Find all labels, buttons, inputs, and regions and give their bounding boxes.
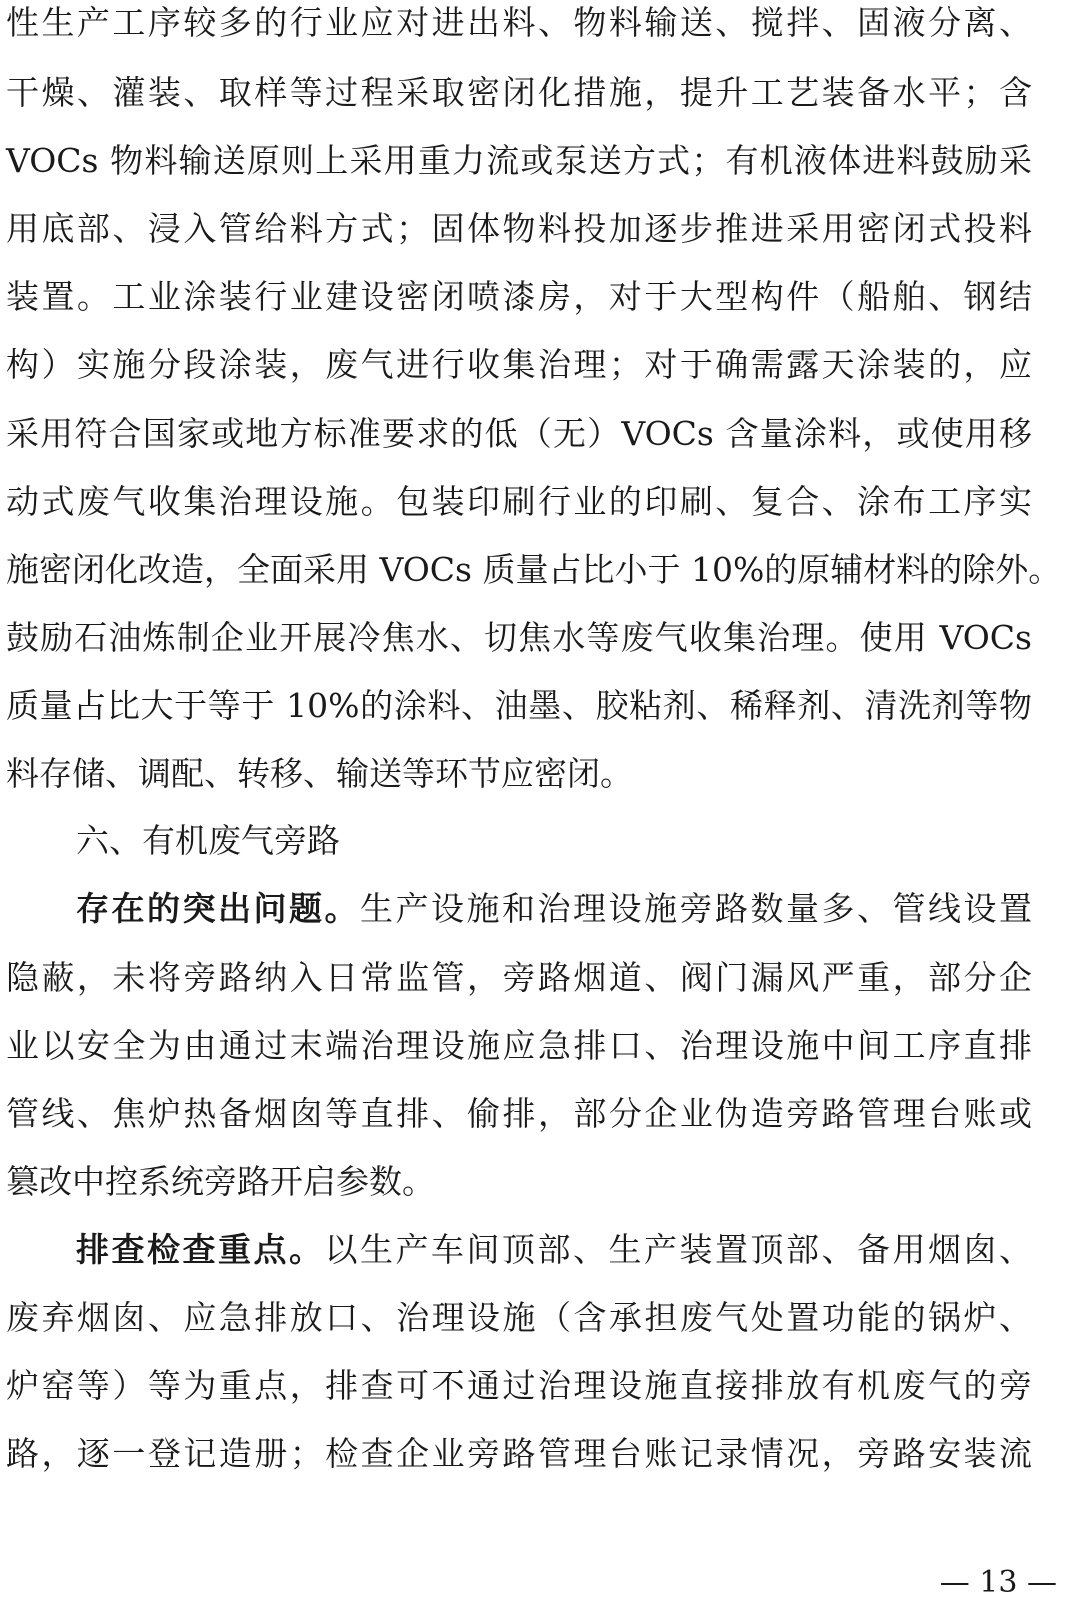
body-line: 干燥、灌装、取样等过程采取密闭化措施，提升工艺装备水平；含	[6, 73, 1032, 113]
inspection-first-line: 排查检查重点。以生产车间顶部、生产装置顶部、备用烟囱、	[76, 1230, 1032, 1270]
body-line: 装置。工业涂装行业建设密闭喷漆房，对于大型构件（船舶、钢结	[6, 277, 1032, 317]
body-line: 质量占比大于等于 10%的涂料、油墨、胶粘剂、稀释剂、清洗剂等物	[6, 686, 1032, 726]
body-line: 施密闭化改造，全面采用 VOCs 质量占比小于 10%的原辅材料的除外。	[6, 550, 1032, 590]
document-page: 性生产工序较多的行业应对进出料、物料输送、搅拌、固液分离、 干燥、灌装、取样等过…	[0, 0, 1080, 1603]
page-number: — 13 —	[912, 1566, 1057, 1600]
body-line: 鼓励石油炼制企业开展冷焦水、切焦水等废气收集治理。使用 VOCs	[6, 618, 1032, 658]
problems-first-line: 存在的突出问题。生产设施和治理设施旁路数量多、管线设置	[76, 889, 1032, 929]
inspection-text: 以生产车间顶部、生产装置顶部、备用烟囱、	[325, 1230, 1033, 1269]
body-line: 炉窑等）等为重点，排查可不通过治理设施直接排放有机废气的旁	[6, 1366, 1032, 1406]
body-line: 用底部、浸入管给料方式；固体物料投加逐步推进采用密闭式投料	[6, 209, 1032, 249]
body-line: 废弃烟囱、应急排放口、治理设施（含承担废气处置功能的锅炉、	[6, 1298, 1032, 1338]
body-line: 篡改中控系统旁路开启参数。	[6, 1162, 1032, 1202]
body-line: 构）实施分段涂装，废气进行收集治理；对于确需露天涂装的，应	[6, 345, 1032, 385]
body-line: 隐蔽，未将旁路纳入日常监管，旁路烟道、阀门漏风严重，部分企	[6, 958, 1032, 998]
section-heading: 六、有机废气旁路	[76, 821, 1032, 861]
body-line: VOCs 物料输送原则上采用重力流或泵送方式；有机液体进料鼓励采	[6, 141, 1032, 181]
problems-label: 存在的突出问题。	[76, 889, 360, 928]
body-line: 业以安全为由通过末端治理设施应急排口、治理设施中间工序直排	[6, 1026, 1032, 1066]
problems-text: 生产设施和治理设施旁路数量多、管线设置	[360, 889, 1032, 928]
body-line: 管线、焦炉热备烟囱等直排、偷排，部分企业伪造旁路管理台账或	[6, 1094, 1032, 1134]
body-line: 性生产工序较多的行业应对进出料、物料输送、搅拌、固液分离、	[6, 3, 1032, 43]
inspection-label: 排查检查重点。	[76, 1230, 325, 1269]
body-line: 动式废气收集治理设施。包装印刷行业的印刷、复合、涂布工序实	[6, 482, 1032, 522]
body-line: 路，逐一登记造册；检查企业旁路管理台账记录情况，旁路安装流	[6, 1434, 1032, 1474]
body-line: 采用符合国家或地方标准要求的低（无）VOCs 含量涂料，或使用移	[6, 414, 1032, 454]
body-line: 料存储、调配、转移、输送等环节应密闭。	[6, 754, 1032, 794]
